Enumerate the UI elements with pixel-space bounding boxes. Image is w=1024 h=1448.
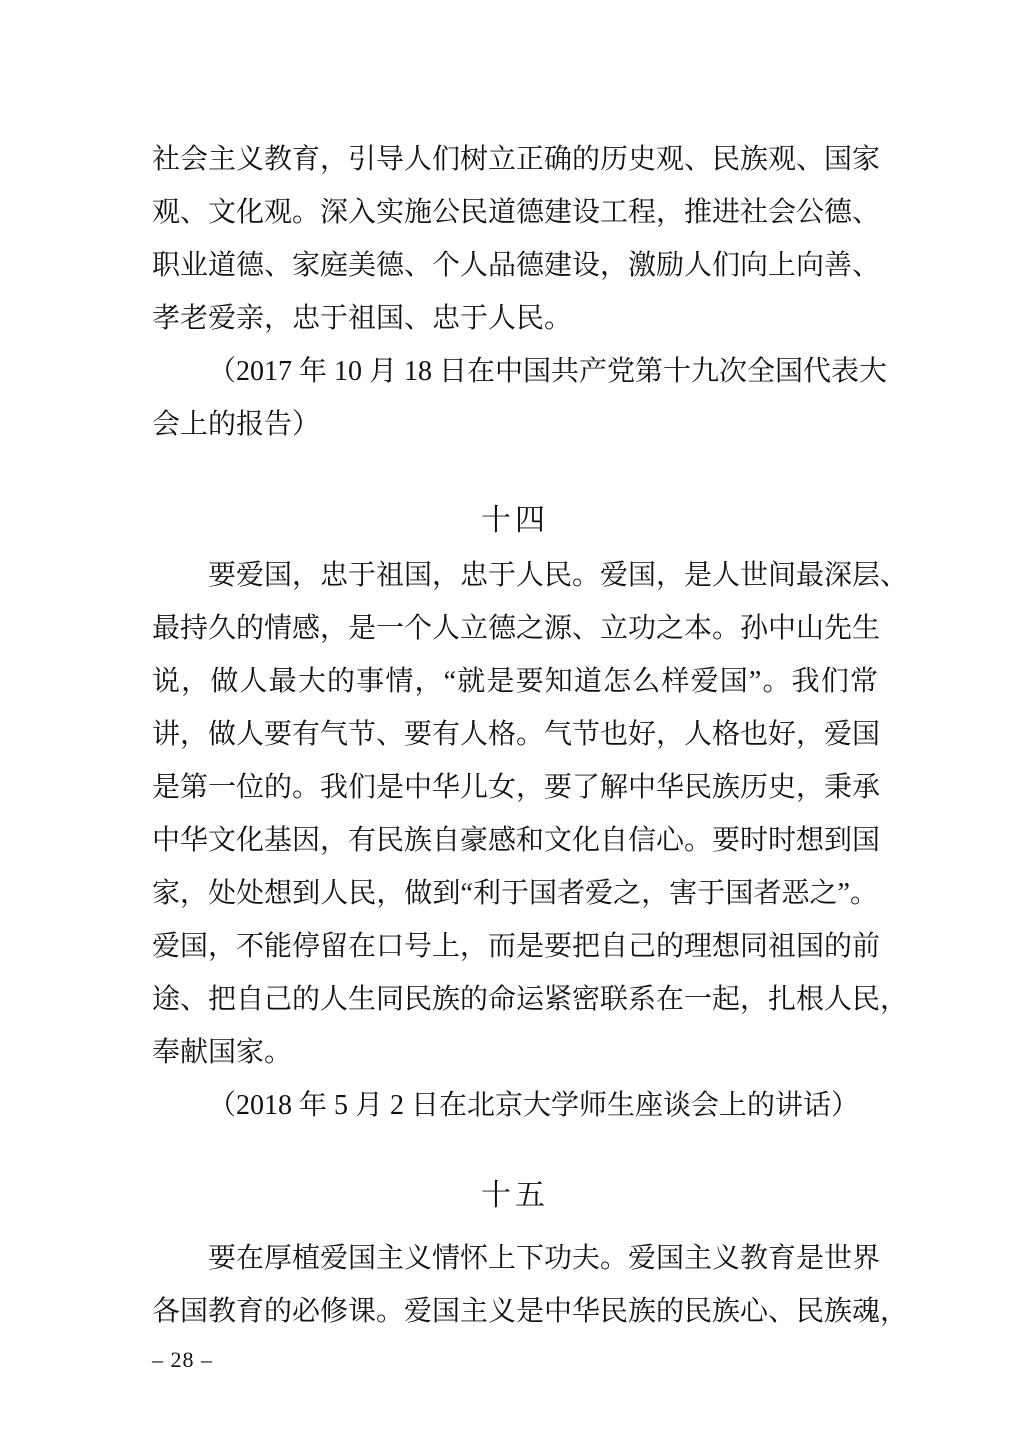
text-line: 各国教育的必修课。爱国主义是中华民族的民族心、民族魂， (152, 1285, 878, 1338)
paragraph-continuation: 社会主义教育，引导人们树立正确的历史观、民族观、国家 观、文化观。深入实施公民道… (152, 133, 878, 345)
text-line: 说，做人最大的事情，“就是要知道怎么样爱国”。我们常 (152, 655, 878, 708)
text-line: 途、把自己的人生同民族的命运紧密联系在一起，扎根人民， (152, 973, 878, 1026)
citation-line: 会上的报告） (152, 398, 878, 451)
page-number: – 28 – (152, 1345, 878, 1375)
source-citation-1: （2017 年 10 月 18 日在中国共产党第十九次全国代表大 会上的报告） (152, 345, 878, 451)
source-citation-2: （2018 年 5 月 2 日在北京大学师生座谈会上的讲话） (152, 1079, 878, 1132)
text-line: 社会主义教育，引导人们树立正确的历史观、民族观、国家 (152, 133, 878, 186)
text-line: 观、文化观。深入实施公民道德建设工程，推进社会公德、 (152, 186, 878, 239)
citation-line: （2018 年 5 月 2 日在北京大学师生座谈会上的讲话） (152, 1079, 878, 1132)
paragraph-section-14: 要爱国，忠于祖国，忠于人民。爱国，是人世间最深层、 最持久的情感，是一个人立德之… (152, 549, 878, 1079)
paragraph-section-15: 要在厚植爱国主义情怀上下功夫。爱国主义教育是世界 各国教育的必修课。爱国主义是中… (152, 1232, 878, 1338)
text-line: 孝老爱亲，忠于祖国、忠于人民。 (152, 292, 878, 345)
text-line: 奉献国家。 (152, 1026, 878, 1079)
text-line: 要爱国，忠于祖国，忠于人民。爱国，是人世间最深层、 (152, 549, 878, 602)
text-line: 最持久的情感，是一个人立德之源、立功之本。孙中山先生 (152, 602, 878, 655)
section-heading-15: 十五 (152, 1169, 878, 1222)
section-heading-14: 十四 (152, 494, 878, 547)
text-line: 中华文化基因，有民族自豪感和文化自信心。要时时想到国 (152, 814, 878, 867)
text-line: 职业道德、家庭美德、个人品德建设，激励人们向上向善、 (152, 239, 878, 292)
text-line: 讲，做人要有气节、要有人格。气节也好，人格也好，爱国 (152, 708, 878, 761)
text-line: 家，处处想到人民，做到“利于国者爱之，害于国者恶之”。 (152, 867, 878, 920)
text-line: 是第一位的。我们是中华儿女，要了解中华民族历史，秉承 (152, 761, 878, 814)
text-block: 社会主义教育，引导人们树立正确的历史观、民族观、国家 观、文化观。深入实施公民道… (152, 133, 878, 1375)
text-line: 爱国，不能停留在口号上，而是要把自己的理想同祖国的前 (152, 920, 878, 973)
citation-line: （2017 年 10 月 18 日在中国共产党第十九次全国代表大 (152, 345, 878, 398)
document-page: 社会主义教育，引导人们树立正确的历史观、民族观、国家 观、文化观。深入实施公民道… (0, 0, 1024, 1448)
text-line: 要在厚植爱国主义情怀上下功夫。爱国主义教育是世界 (152, 1232, 878, 1285)
